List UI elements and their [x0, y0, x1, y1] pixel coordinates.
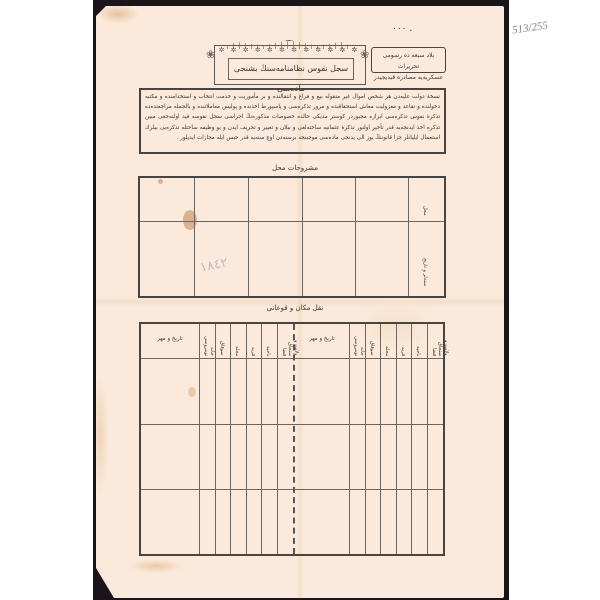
column-divider — [411, 324, 412, 554]
column-divider — [199, 324, 200, 554]
column-divider — [396, 324, 397, 554]
column-header: محله — [384, 328, 390, 356]
movement-section-title: نقل مکان و قوعاتی — [245, 304, 345, 312]
column-divider — [355, 178, 356, 296]
side-note-line-1: بلاد سبعه ده رسومی تحریرات — [372, 50, 445, 72]
top-marks: ٠٠٠ . — [392, 24, 412, 34]
catalog-number: 513/255 — [511, 20, 548, 37]
column-divider — [248, 178, 249, 296]
column-header: ناحیه — [265, 328, 271, 356]
column-divider — [380, 324, 381, 554]
column-divider — [230, 324, 231, 554]
row-divider — [141, 358, 443, 359]
column-divider — [302, 178, 303, 296]
date-seal-header: تاریخ و مهر — [141, 336, 199, 342]
ornament-star-row: ✲ ✲ ✲ ✲ ✲ ✲ ✲ ✲ ✲ ✲ ✲ ✲ ✲ ✲ — [218, 46, 360, 54]
column-divider — [277, 324, 278, 554]
column-header: سوقاق — [369, 328, 375, 356]
row-label-place: محل — [422, 192, 428, 216]
column-header: خانه نومروسی — [353, 328, 365, 356]
column-header: قریه — [250, 328, 256, 356]
column-header: ناحیه — [415, 328, 421, 356]
flower-ornament-icon: ❀ — [206, 48, 215, 61]
document-title: سجل نفوس نظامنامه‌سنڭ بشنجی ماده‌سی — [228, 58, 354, 80]
column-divider — [215, 324, 216, 554]
column-divider — [408, 178, 409, 296]
column-header: محله — [234, 328, 240, 356]
column-header: سوقاق — [219, 328, 225, 356]
residence-table: محل سنه‌لر و تاریخ — [138, 176, 446, 298]
center-divider — [293, 324, 295, 554]
row-label-years-date: سنه‌لر و تاریخ — [422, 230, 428, 286]
row-divider — [141, 424, 443, 425]
residence-section-title: مشروحات محل — [245, 164, 345, 172]
column-header: قریه — [400, 328, 406, 356]
side-note-box: بلاد سبعه ده رسومی تحریرات عسکریه‌یه مصا… — [371, 47, 446, 73]
column-divider — [261, 324, 262, 554]
column-divider — [194, 178, 195, 296]
row-divider — [141, 489, 443, 490]
column-header: خانه نومروسی — [203, 328, 215, 356]
column-header: ولایت و سنجاق — [437, 328, 449, 356]
side-note-line-2: عسکریه‌یه مصادره قیدیجیدر — [372, 72, 445, 83]
movement-table: تاریخ و مهر خانه نومروسی سوقاق محله قریه… — [139, 322, 445, 556]
row-divider — [140, 221, 444, 222]
instructions-paragraph: نسخهٔ دولت علیه‌دن هر شخص اموال غیر منقو… — [139, 88, 446, 154]
column-divider — [349, 324, 350, 554]
flower-ornament-icon: ❀ — [360, 48, 369, 61]
column-divider — [246, 324, 247, 554]
date-seal-header: تاریخ و مهر — [295, 336, 349, 342]
column-divider — [427, 324, 428, 554]
column-divider — [365, 324, 366, 554]
